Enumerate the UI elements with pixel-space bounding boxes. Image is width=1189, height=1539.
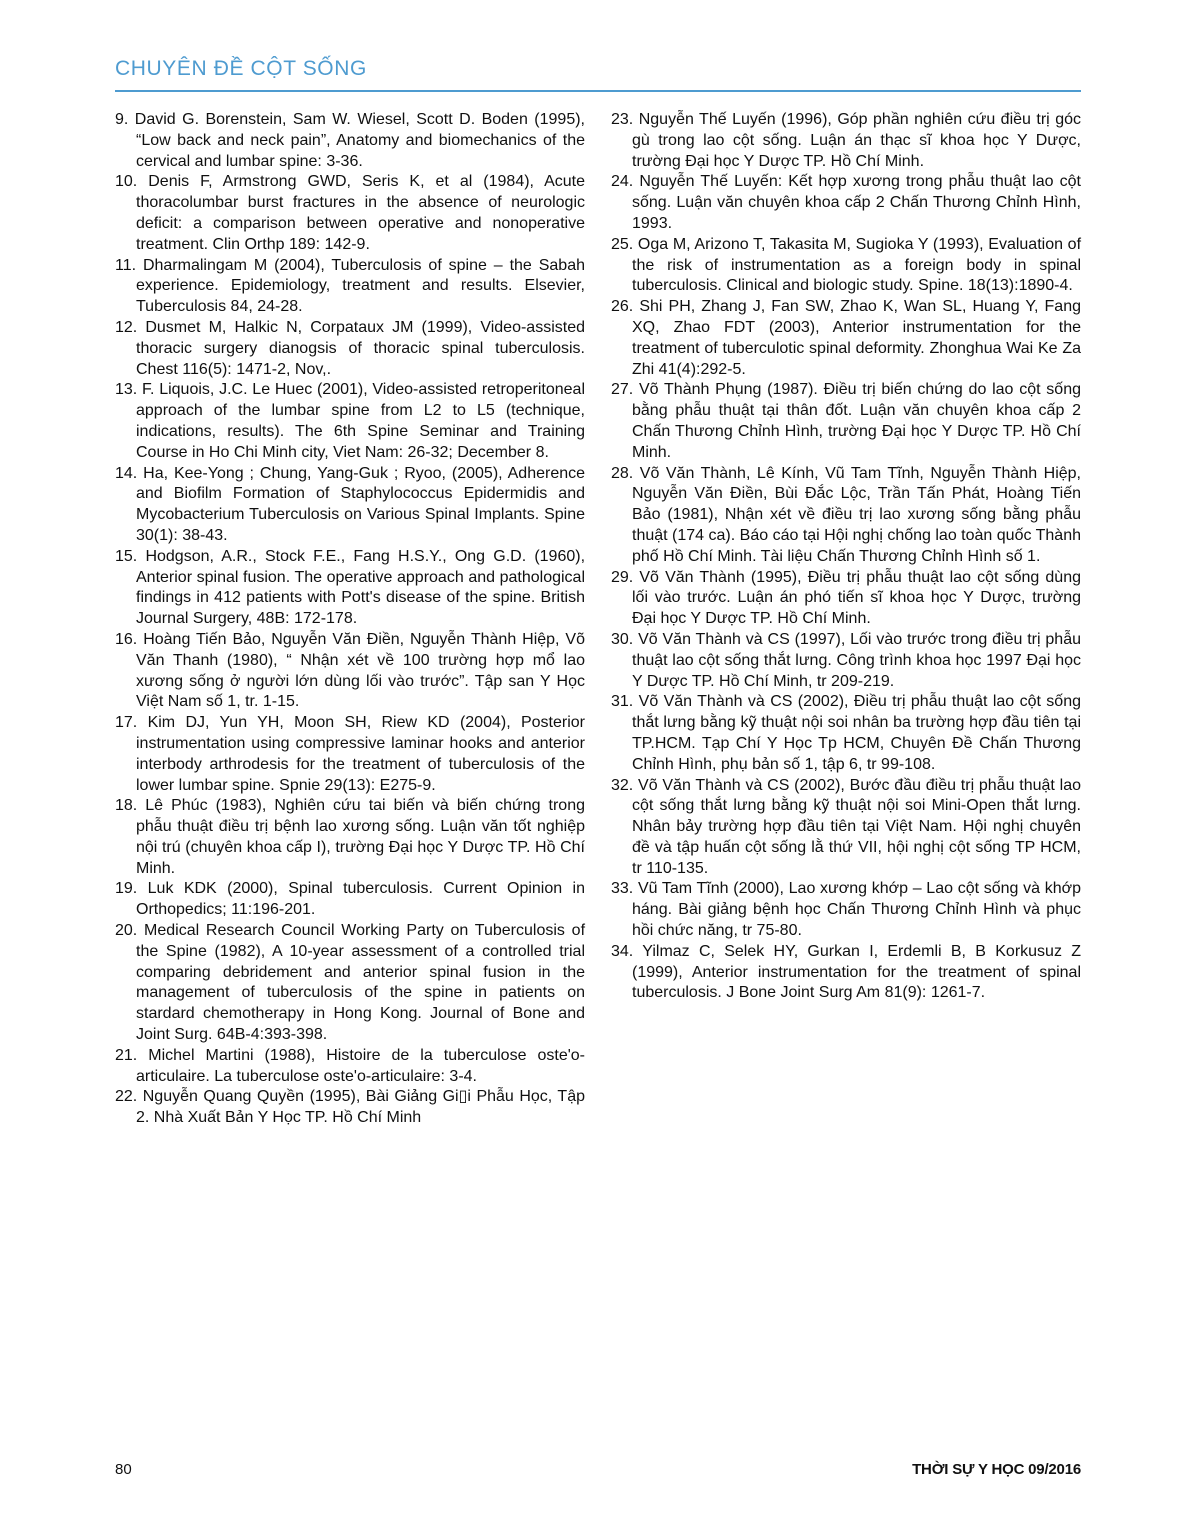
- reference-item: 16. Hoàng Tiến Bảo, Nguyễn Văn Điền, Ngu…: [115, 630, 585, 713]
- reference-number: 17.: [115, 714, 148, 731]
- reference-number: 18.: [115, 797, 145, 814]
- reference-number: 13.: [115, 381, 142, 398]
- reference-item: 12. Dusmet M, Halkic N, Corpataux JM (19…: [115, 318, 585, 380]
- reference-number: 30.: [611, 631, 638, 648]
- reference-item: 11. Dharmalingam M (2004), Tuberculosis …: [115, 256, 585, 318]
- reference-item: 34. Yilmaz C, Selek HY, Gurkan I, Erdeml…: [611, 942, 1081, 1004]
- reference-text: Nguyễn Thế Luyến (1996), Góp phần nghiên…: [632, 111, 1081, 170]
- reference-item: 15. Hodgson, A.R., Stock F.E., Fang H.S.…: [115, 547, 585, 630]
- reference-text: Võ Văn Thành và CS (1997), Lối vào trước…: [632, 631, 1081, 690]
- reference-number: 24.: [611, 173, 639, 190]
- reference-item: 24. Nguyễn Thế Luyến: Kết hợp xương tron…: [611, 172, 1081, 234]
- reference-item: 10. Denis F, Armstrong GWD, Seris K, et …: [115, 172, 585, 255]
- reference-item: 9. David G. Borenstein, Sam W. Wiesel, S…: [115, 110, 585, 172]
- page-header: CHUYÊN ĐỀ CỘT SỐNG: [115, 57, 1081, 92]
- reference-number: 11.: [115, 257, 143, 274]
- references-column-left: 9. David G. Borenstein, Sam W. Wiesel, S…: [115, 110, 585, 1129]
- reference-text: Yilmaz C, Selek HY, Gurkan I, Erdemli B,…: [632, 943, 1081, 1002]
- reference-item: 13. F. Liquois, J.C. Le Huec (2001), Vid…: [115, 380, 585, 463]
- section-title: CHUYÊN ĐỀ CỘT SỐNG: [115, 57, 1081, 81]
- reference-number: 22.: [115, 1088, 143, 1105]
- reference-item: 30. Võ Văn Thành và CS (1997), Lối vào t…: [611, 630, 1081, 692]
- journal-page: CHUYÊN ĐỀ CỘT SỐNG 9. David G. Borenstei…: [0, 0, 1189, 1539]
- reference-item: 25. Oga M, Arizono T, Takasita M, Sugiok…: [611, 235, 1081, 297]
- reference-item: 22. Nguyễn Quang Quyền (1995), Bài Giảng…: [115, 1087, 585, 1129]
- reference-text: F. Liquois, J.C. Le Huec (2001), Video-a…: [136, 381, 585, 460]
- reference-item: 31. Võ Văn Thành và CS (2002), Điều trị …: [611, 692, 1081, 775]
- reference-item: 19. Luk KDK (2000), Spinal tuberculosis.…: [115, 879, 585, 921]
- reference-text: Michel Martini (1988), Histoire de la tu…: [136, 1047, 585, 1085]
- reference-number: 16.: [115, 631, 143, 648]
- reference-number: 14.: [115, 465, 143, 482]
- reference-text: Dharmalingam M (2004), Tuberculosis of s…: [136, 257, 585, 316]
- reference-item: 33. Vũ Tam Tĩnh (2000), Lao xương khớp –…: [611, 879, 1081, 941]
- reference-number: 12.: [115, 319, 145, 336]
- reference-text: Hodgson, A.R., Stock F.E., Fang H.S.Y., …: [136, 548, 585, 627]
- reference-number: 33.: [611, 880, 638, 897]
- reference-item: 14. Ha, Kee-Yong ; Chung, Yang-Guk ; Ryo…: [115, 464, 585, 547]
- reference-text: Kim DJ, Yun YH, Moon SH, Riew KD (2004),…: [136, 714, 585, 793]
- reference-text: David G. Borenstein, Sam W. Wiesel, Scot…: [135, 111, 585, 170]
- references-section: 9. David G. Borenstein, Sam W. Wiesel, S…: [115, 110, 1081, 1129]
- reference-number: 9.: [115, 111, 135, 128]
- reference-text: Shi PH, Zhang J, Fan SW, Zhao K, Wan SL,…: [632, 298, 1081, 377]
- reference-number: 29.: [611, 569, 639, 586]
- reference-text: Dusmet M, Halkic N, Corpataux JM (1999),…: [136, 319, 585, 378]
- reference-number: 19.: [115, 880, 148, 897]
- reference-text: Lê Phúc (1983), Nghiên cứu tai biến và b…: [136, 797, 585, 876]
- reference-item: 26. Shi PH, Zhang J, Fan SW, Zhao K, Wan…: [611, 297, 1081, 380]
- reference-number: 27.: [611, 381, 639, 398]
- page-number: 80: [115, 1461, 132, 1478]
- reference-item: 18. Lê Phúc (1983), Nghiên cứu tai biến …: [115, 796, 585, 879]
- reference-number: 34.: [611, 943, 642, 960]
- reference-number: 21.: [115, 1047, 148, 1064]
- page-footer: 80 THỜI SỰ Y HỌC 09/2016: [115, 1461, 1081, 1478]
- reference-item: 29. Võ Văn Thành (1995), Điều trị phẫu t…: [611, 568, 1081, 630]
- reference-text: Hoàng Tiến Bảo, Nguyễn Văn Điền, Nguyễn …: [136, 631, 585, 710]
- reference-number: 23.: [611, 111, 639, 128]
- reference-text: Võ Thành Phụng (1987). Điều trị biến chứ…: [632, 381, 1081, 460]
- reference-item: 20. Medical Research Council Working Par…: [115, 921, 585, 1046]
- reference-text: Denis F, Armstrong GWD, Seris K, et al (…: [136, 173, 585, 252]
- reference-text: Nguyễn Thế Luyến: Kết hợp xương trong ph…: [632, 173, 1081, 232]
- reference-text: Vũ Tam Tĩnh (2000), Lao xương khớp – Lao…: [632, 880, 1081, 939]
- reference-text: Võ Văn Thành và CS (2002), Điều trị phẫu…: [632, 693, 1081, 772]
- reference-text: Võ Văn Thành và CS (2002), Bước đầu điều…: [632, 777, 1081, 877]
- reference-number: 28.: [611, 465, 640, 482]
- reference-text: Nguyễn Quang Quyền (1995), Bài Giảng Gi▯…: [136, 1088, 585, 1126]
- reference-item: 17. Kim DJ, Yun YH, Moon SH, Riew KD (20…: [115, 713, 585, 796]
- reference-number: 25.: [611, 236, 638, 253]
- reference-text: Oga M, Arizono T, Takasita M, Sugioka Y …: [632, 236, 1081, 295]
- reference-number: 10.: [115, 173, 148, 190]
- reference-text: Võ Văn Thành (1995), Điều trị phẫu thuật…: [632, 569, 1081, 628]
- reference-text: Ha, Kee-Yong ; Chung, Yang-Guk ; Ryoo, (…: [136, 465, 585, 544]
- reference-number: 20.: [115, 922, 144, 939]
- references-column-right: 23. Nguyễn Thế Luyến (1996), Góp phần ng…: [611, 110, 1081, 1129]
- reference-number: 26.: [611, 298, 639, 315]
- reference-item: 23. Nguyễn Thế Luyến (1996), Góp phần ng…: [611, 110, 1081, 172]
- reference-item: 21. Michel Martini (1988), Histoire de l…: [115, 1046, 585, 1088]
- reference-item: 28. Võ Văn Thành, Lê Kính, Vũ Tam Tĩnh, …: [611, 464, 1081, 568]
- reference-item: 32. Võ Văn Thành và CS (2002), Bước đầu …: [611, 776, 1081, 880]
- reference-item: 27. Võ Thành Phụng (1987). Điều trị biến…: [611, 380, 1081, 463]
- reference-text: Luk KDK (2000), Spinal tuberculosis. Cur…: [136, 880, 585, 918]
- reference-number: 31.: [611, 693, 639, 710]
- reference-text: Võ Văn Thành, Lê Kính, Vũ Tam Tĩnh, Nguy…: [632, 465, 1081, 565]
- reference-text: Medical Research Council Working Party o…: [136, 922, 585, 1043]
- reference-number: 32.: [611, 777, 638, 794]
- reference-number: 15.: [115, 548, 145, 565]
- journal-name: THỜI SỰ Y HỌC 09/2016: [912, 1461, 1081, 1478]
